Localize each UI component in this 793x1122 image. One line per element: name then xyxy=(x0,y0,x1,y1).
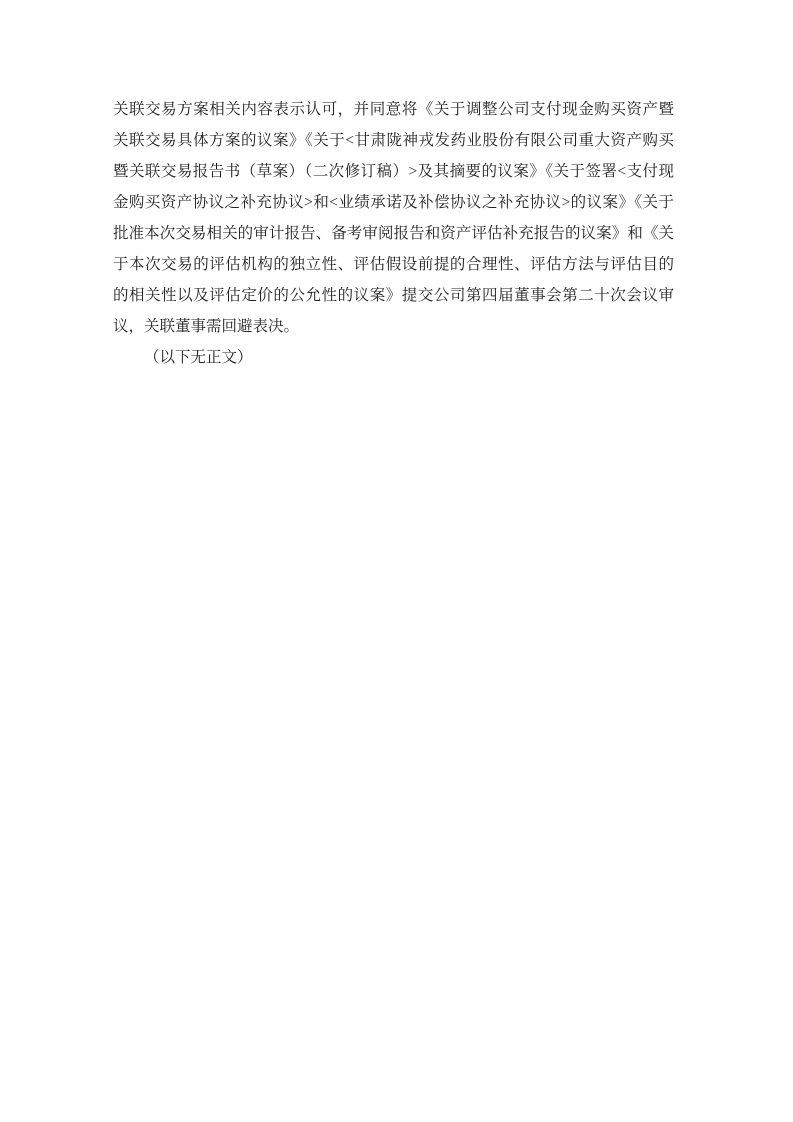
paragraph-line: 于本次交易的评估机构的独立性、评估假设前提的合理性、评估方法与评估目的 xyxy=(113,249,674,280)
paragraph-line: 关联交易具体方案的议案》《关于<甘肃陇神戎发药业股份有限公司重大资产购买 xyxy=(113,125,674,156)
paragraph-line: 的相关性以及评估定价的公允性的议案》提交公司第四届董事会第二十次会议审 xyxy=(113,280,674,311)
paragraph-line: 批准本次交易相关的审计报告、备考审阅报告和资产评估补充报告的议案》和《关 xyxy=(113,218,674,249)
document-page: 关联交易方案相关内容表示认可，并同意将《关于调整公司支付现金购买资产暨 关联交易… xyxy=(0,0,793,1122)
paragraph-line: 金购买资产协议之补充协议>和<业绩承诺及补偿协议之补充协议>的议案》《关于 xyxy=(113,187,674,218)
closing-note: （以下无正文） xyxy=(113,342,674,373)
paragraph-line: 议，关联董事需回避表决。 xyxy=(113,311,674,342)
paragraph-line: 关联交易方案相关内容表示认可，并同意将《关于调整公司支付现金购买资产暨 xyxy=(113,94,674,125)
paragraph-line: 暨关联交易报告书（草案）（二次修订稿）>及其摘要的议案》《关于签署<支付现 xyxy=(113,156,674,187)
body-paragraph: 关联交易方案相关内容表示认可，并同意将《关于调整公司支付现金购买资产暨 关联交易… xyxy=(113,94,674,373)
